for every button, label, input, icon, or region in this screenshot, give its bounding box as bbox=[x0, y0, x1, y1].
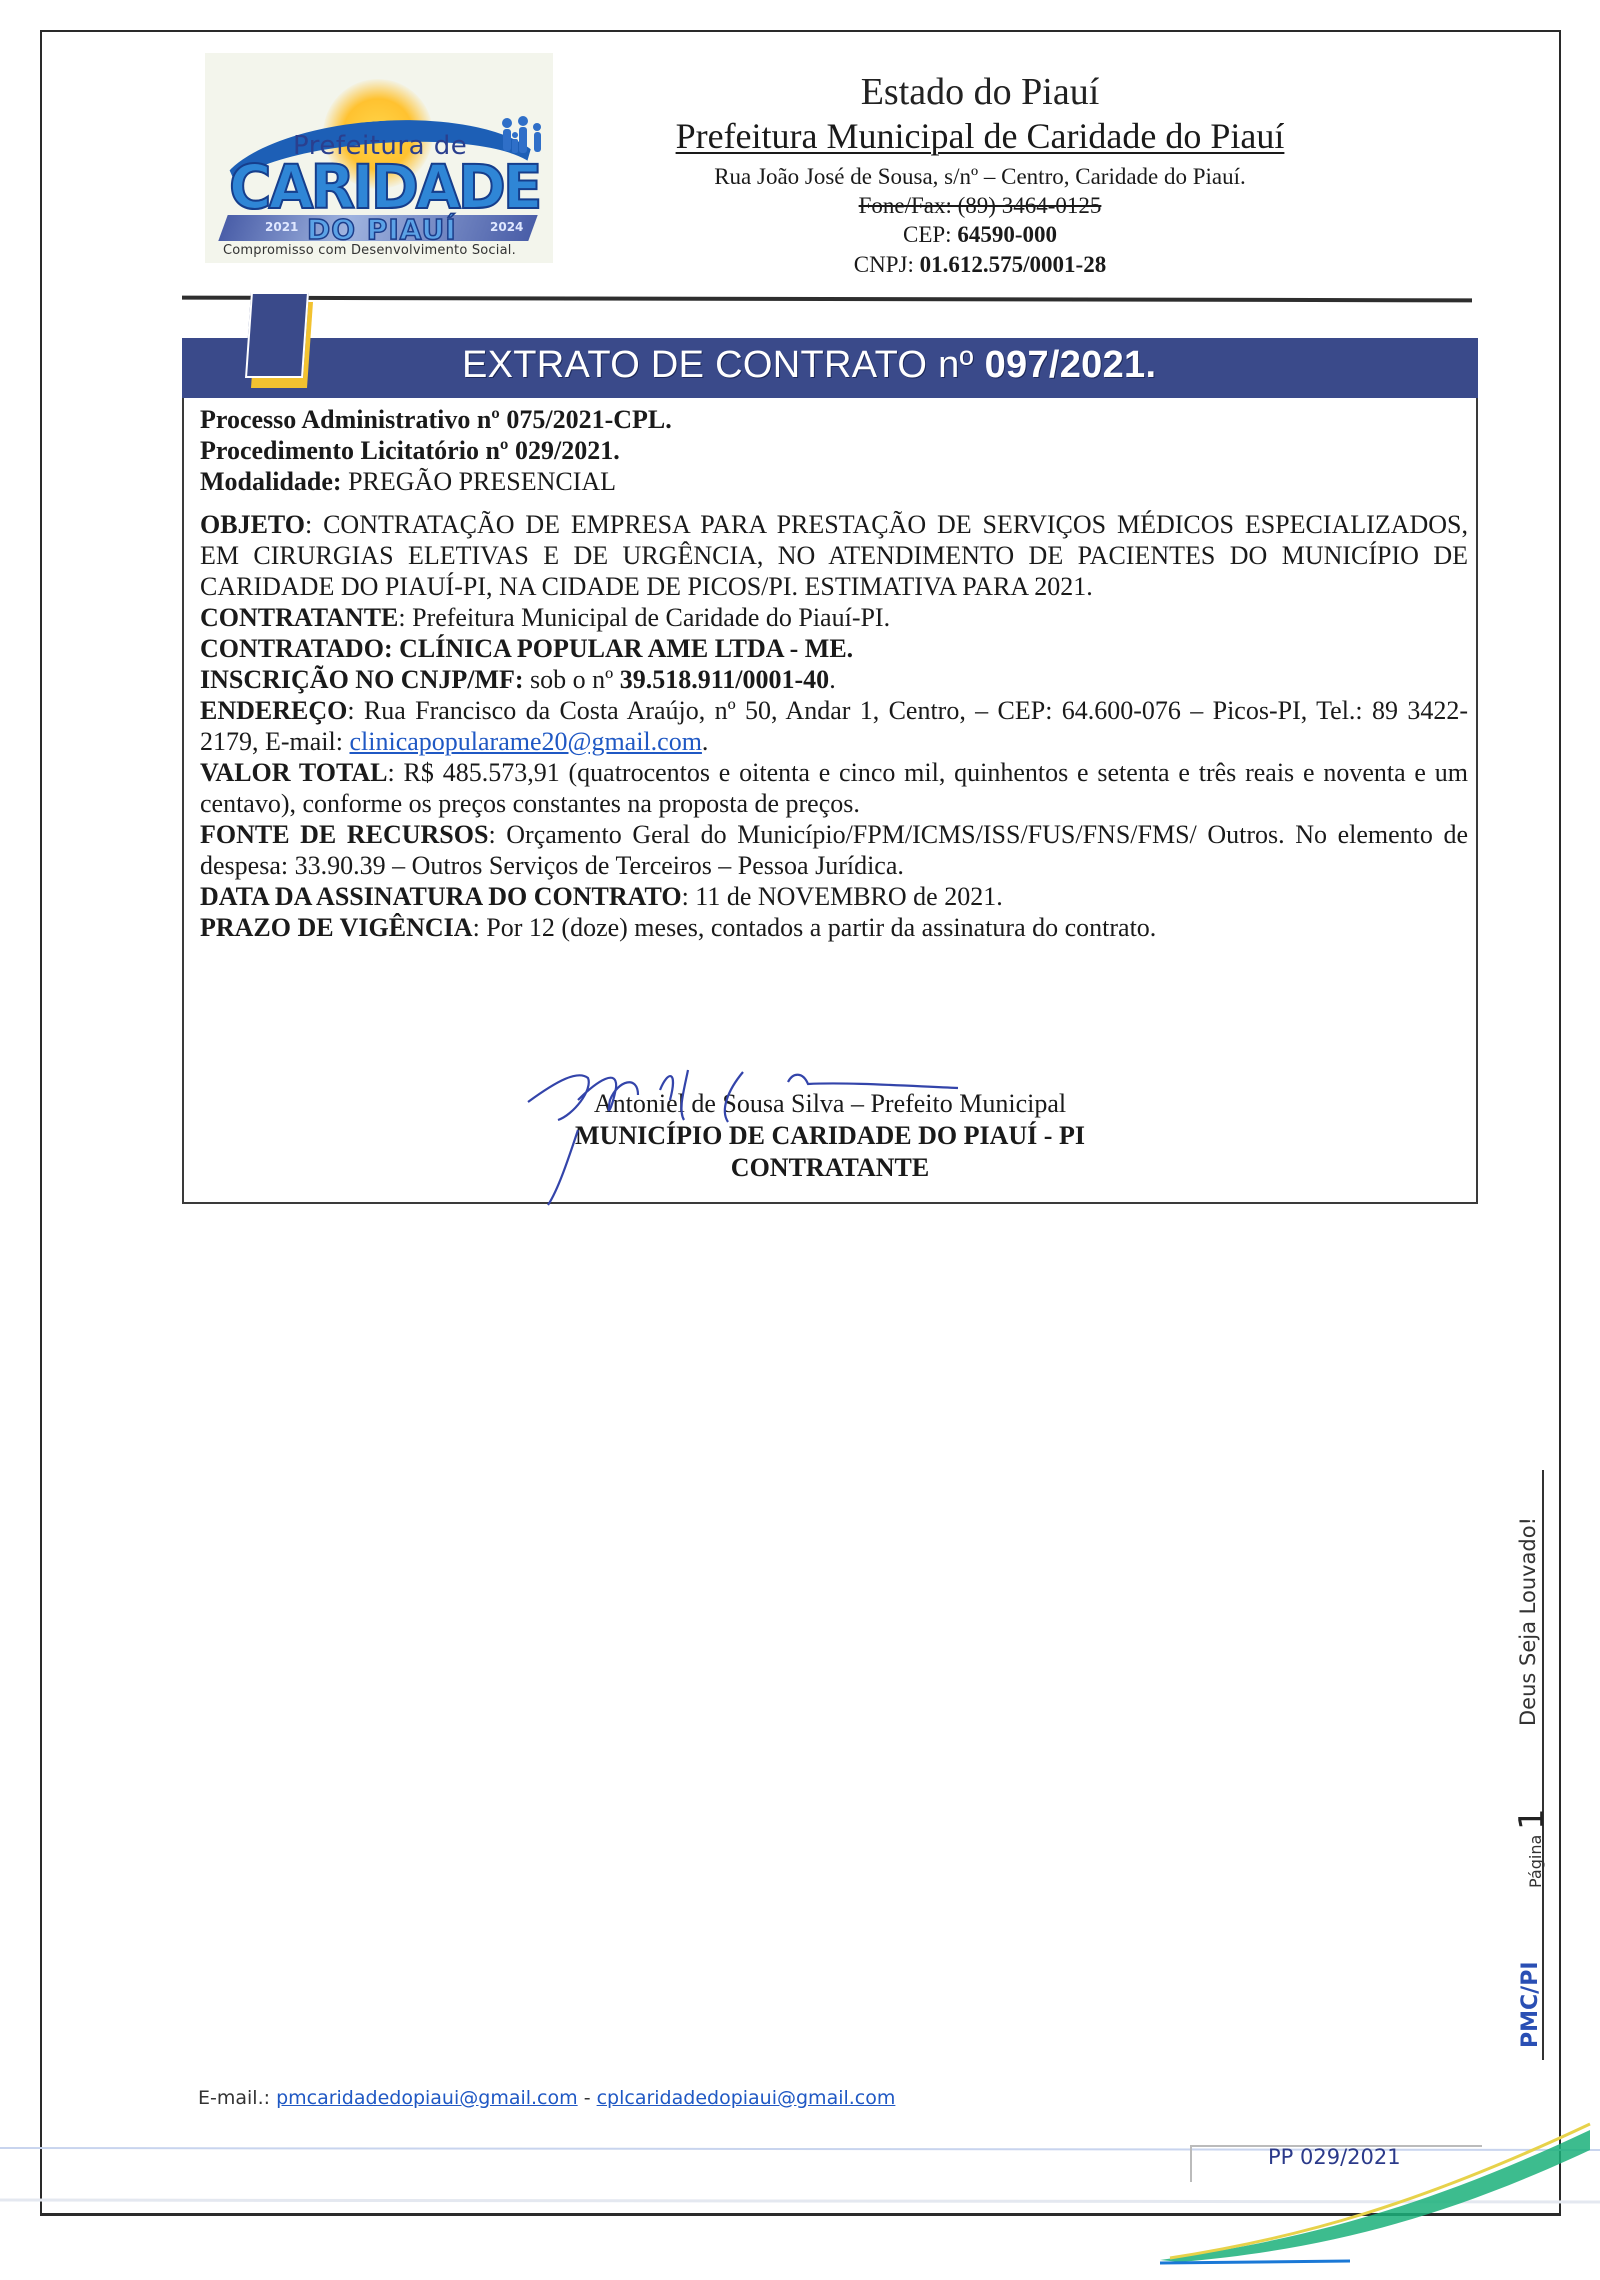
processo-text: Processo Administrativo nº 075/2021-CPL. bbox=[200, 405, 672, 434]
data-label: DATA DA ASSINATURA DO CONTRATO bbox=[200, 882, 682, 911]
contratante: CONTRATANTE: Prefeitura Municipal de Car… bbox=[200, 602, 1468, 633]
side-org: PMC/PI bbox=[1518, 1961, 1543, 2048]
prazo-value: : Por 12 (doze) meses, contados a partir… bbox=[473, 913, 1157, 942]
fonte-recursos: FONTE DE RECURSOS: Orçamento Geral do Mu… bbox=[200, 819, 1468, 881]
data-assinatura: DATA DA ASSINATURA DO CONTRATO: 11 de NO… bbox=[200, 881, 1468, 912]
document-icon-front bbox=[245, 292, 309, 378]
contratado: CONTRATADO: CLÍNICA POPULAR AME LTDA - M… bbox=[200, 633, 1468, 664]
valor-total: VALOR TOTAL: R$ 485.573,91 (quatrocentos… bbox=[200, 757, 1468, 819]
modalidade-label: Modalidade: bbox=[200, 467, 342, 496]
prazo-vigencia: PRAZO DE VIGÊNCIA: Por 12 (doze) meses, … bbox=[200, 912, 1468, 943]
title-bar: EXTRATO DE CONTRATO nº 097/2021. bbox=[182, 338, 1478, 398]
document-icon bbox=[248, 292, 310, 388]
footer-email-link-1[interactable]: pmcaridadedopiaui@gmail.com bbox=[276, 2087, 578, 2109]
cep-label: CEP: bbox=[903, 222, 957, 247]
valor-label: VALOR TOTAL bbox=[200, 758, 388, 787]
prazo-label: PRAZO DE VIGÊNCIA bbox=[200, 913, 473, 942]
contratante-label: CONTRATANTE bbox=[200, 603, 398, 632]
letterhead: Estado do Piauí Prefeitura Municipal de … bbox=[600, 70, 1360, 280]
state-name: Estado do Piauí bbox=[600, 70, 1360, 114]
cnpj-value: 01.612.575/0001-28 bbox=[920, 252, 1107, 277]
modalidade: Modalidade: PREGÃO PRESENCIAL bbox=[200, 466, 1468, 497]
contratado-label: CONTRATADO bbox=[200, 634, 384, 663]
footer-email-link-2[interactable]: cplcaridadedopiaui@gmail.com bbox=[597, 2087, 896, 2109]
inscricao: INSCRIÇÃO NO CNJP/MF: sob o nº 39.518.91… bbox=[200, 664, 1468, 695]
reference-label: PP 029/2021 bbox=[1268, 2145, 1401, 2169]
contratado-value: : CLÍNICA POPULAR AME LTDA - ME. bbox=[384, 634, 853, 663]
contratado-email-link[interactable]: clinicapopularame20@gmail.com bbox=[349, 727, 701, 756]
inscricao-pre: sob o nº bbox=[524, 665, 620, 694]
footer-emails: E-mail.: pmcaridadedopiaui@gmail.com - c… bbox=[198, 2087, 895, 2109]
endereco: ENDEREÇO: Rua Francisco da Costa Araújo,… bbox=[200, 695, 1468, 757]
logo-year-end: 2024 bbox=[490, 220, 523, 234]
inscricao-post: . bbox=[829, 665, 836, 694]
processo-administrativo: Processo Administrativo nº 075/2021-CPL. bbox=[200, 404, 1468, 435]
cnpj-line: CNPJ: 01.612.575/0001-28 bbox=[600, 250, 1360, 280]
address: Rua João José de Sousa, s/nº – Centro, C… bbox=[600, 162, 1360, 192]
side-margin-text: Deus Seja Louvado! 1 Página PMC/PI bbox=[1500, 1470, 1580, 2060]
title-suffix: . bbox=[1146, 344, 1157, 386]
prefeitura-logo: Prefeitura de CARIDADE 2021 DO PIAUÍ 202… bbox=[205, 53, 553, 263]
data-value: : 11 de NOVEMBRO de 2021. bbox=[682, 882, 1003, 911]
cep-line: CEP: 64590-000 bbox=[600, 220, 1360, 250]
objeto: OBJETO: CONTRATAÇÃO DE EMPRESA PARA PRES… bbox=[200, 509, 1468, 602]
page-number: 1 bbox=[1512, 1808, 1552, 1830]
contract-number: 097/2021 bbox=[985, 344, 1146, 386]
contract-body: Processo Administrativo nº 075/2021-CPL.… bbox=[200, 404, 1468, 943]
inscricao-label: INSCRIÇÃO NO CNJP/MF: bbox=[200, 665, 524, 694]
side-motto: Deus Seja Louvado! bbox=[1516, 1517, 1540, 1726]
logo-suffix: DO PIAUÍ bbox=[307, 213, 457, 246]
logo-name: CARIDADE bbox=[229, 151, 540, 222]
cep-value: 64590-000 bbox=[957, 222, 1057, 247]
inscricao-value: 39.518.911/0001-40 bbox=[620, 665, 829, 694]
objeto-value: : CONTRATAÇÃO DE EMPRESA PARA PRESTAÇÃO … bbox=[200, 510, 1468, 601]
title-prefix: EXTRATO DE CONTRATO nº bbox=[462, 344, 985, 386]
contratante-value: : Prefeitura Municipal de Caridade do Pi… bbox=[398, 603, 890, 632]
valor-value: : R$ 485.573,91 (quatrocentos e oitenta … bbox=[200, 758, 1468, 818]
logo-slogan: Compromisso com Desenvolvimento Social. bbox=[223, 243, 516, 258]
procedimento-licitatorio: Procedimento Licitatório nº 029/2021. bbox=[200, 435, 1468, 466]
handwritten-signature bbox=[488, 1060, 1048, 1210]
modalidade-value: PREGÃO PRESENCIAL bbox=[342, 467, 616, 496]
page-label: Página bbox=[1526, 1835, 1545, 1888]
cnpj-label: CNPJ: bbox=[854, 252, 920, 277]
objeto-label: OBJETO bbox=[200, 510, 305, 539]
fonte-label: FONTE DE RECURSOS bbox=[200, 820, 488, 849]
endereco-label: ENDEREÇO bbox=[200, 696, 347, 725]
document-title: EXTRATO DE CONTRATO nº 097/2021. bbox=[462, 344, 1156, 387]
endereco-post: . bbox=[702, 727, 709, 756]
logo-year-start: 2021 bbox=[265, 220, 298, 234]
procedimento-text: Procedimento Licitatório nº 029/2021. bbox=[200, 436, 620, 465]
prefeitura-name: Prefeitura Municipal de Caridade do Piau… bbox=[600, 114, 1360, 158]
footer-email-label: E-mail.: bbox=[198, 2087, 276, 2109]
footer-separator: - bbox=[578, 2087, 597, 2109]
phone-struck: Fone/Fax: (89) 3464-0125 bbox=[600, 192, 1360, 220]
